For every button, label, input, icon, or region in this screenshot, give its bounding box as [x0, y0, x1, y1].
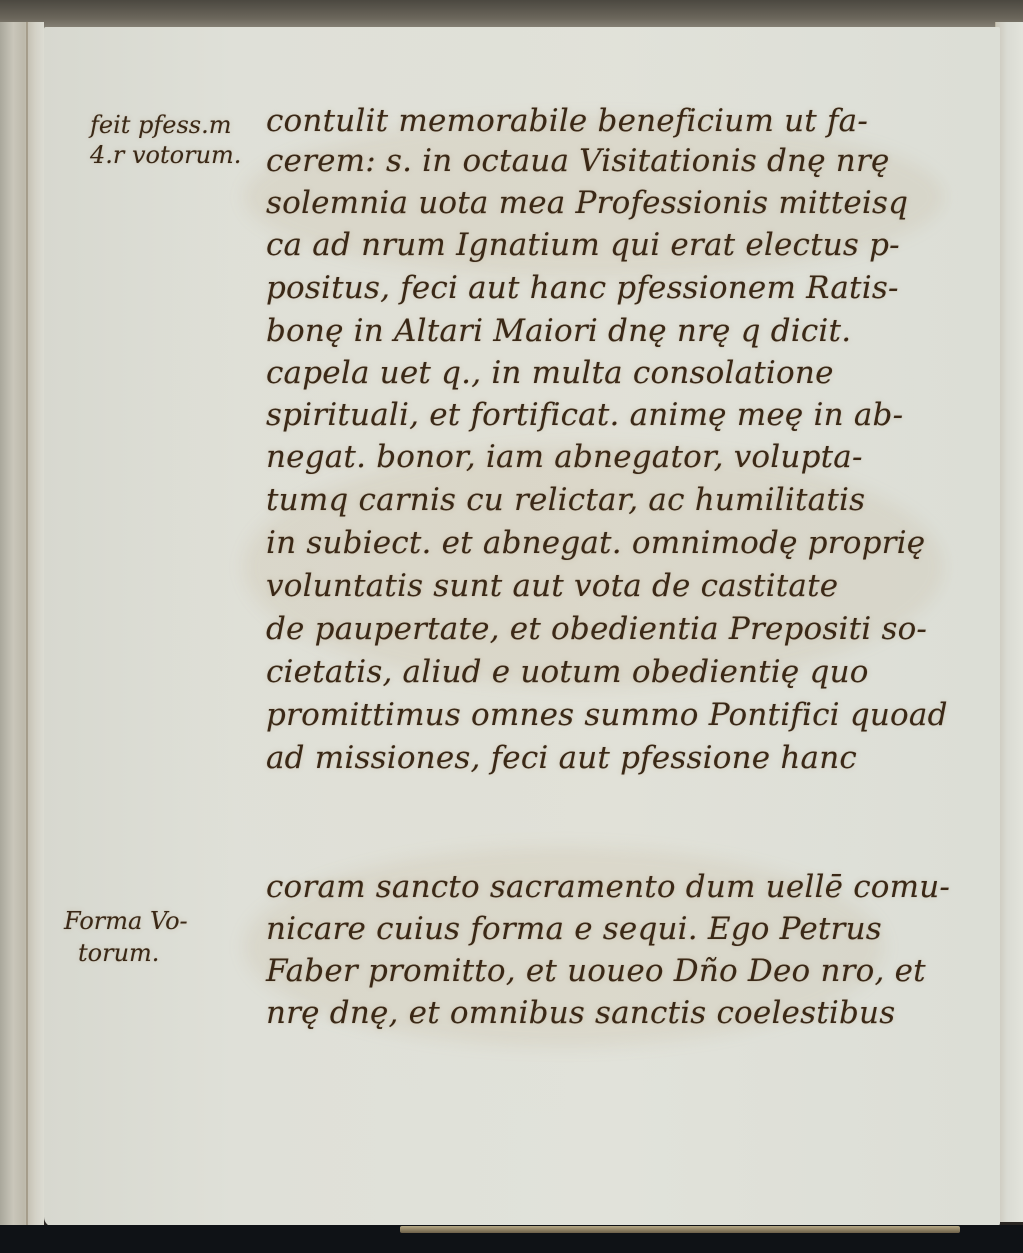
manuscript-line: contulit memorabile beneficium ut fa- [266, 103, 868, 139]
manuscript-line: spirituali, et fortificat. animę meę in … [266, 397, 903, 433]
manuscript-line: bonę in Altari Maiori dnę nrę q dicit. [266, 313, 851, 349]
margin-note: Forma Vo- [64, 907, 188, 935]
manuscript-line: capela uet q., in multa consolatione [266, 355, 834, 391]
manuscript-line: de paupertate, et obedientia Prepositi s… [266, 611, 927, 647]
book-binding-edge [0, 22, 44, 1232]
manuscript-line: cietatis, aliud e uotum obedientię quo [266, 654, 869, 690]
manuscript-line: negat. bonor, iam abnegator, volupta- [266, 439, 863, 475]
manuscript-line: solemnia uota mea Professionis mitteisq [266, 185, 908, 221]
manuscript-page: feit pfess.m 4.r votorum. Forma Vo- toru… [44, 27, 1000, 1227]
manuscript-line: nrę dnę, et omnibus sanctis coelestibus [266, 995, 895, 1031]
manuscript-line: coram sancto sacramento dum uellē comu- [266, 869, 950, 905]
page-stack-edge [400, 1226, 960, 1233]
manuscript-line: tumq carnis cu relictar, ac humilitatis [266, 482, 865, 518]
margin-note: torum. [78, 939, 159, 967]
manuscript-line: Faber promitto, et uoueo Dño Deo nro, et [266, 953, 926, 989]
manuscript-line: in subiect. et abnegat. omnimodę proprię [266, 525, 925, 561]
book-top-shadow [0, 0, 1023, 30]
manuscript-line: ad missiones, feci aut pfessione hanc [266, 740, 857, 776]
manuscript-line: ca ad nrum Ignatium qui erat electus p- [266, 227, 900, 263]
manuscript-line: cerem: s. in octaua Visitationis dnę nrę [266, 143, 890, 179]
margin-note: 4.r votorum. [90, 141, 241, 169]
manuscript-line: promittimus omnes summo Pontifici quoad [266, 697, 948, 733]
manuscript-line: voluntatis sunt aut vota de castitate [266, 568, 838, 604]
margin-note: feit pfess.m [90, 111, 232, 139]
manuscript-line: positus, feci aut hanc pfessionem Ratis- [266, 270, 899, 306]
manuscript-line: nicare cuius forma e sequi. Ego Petrus [266, 911, 882, 947]
